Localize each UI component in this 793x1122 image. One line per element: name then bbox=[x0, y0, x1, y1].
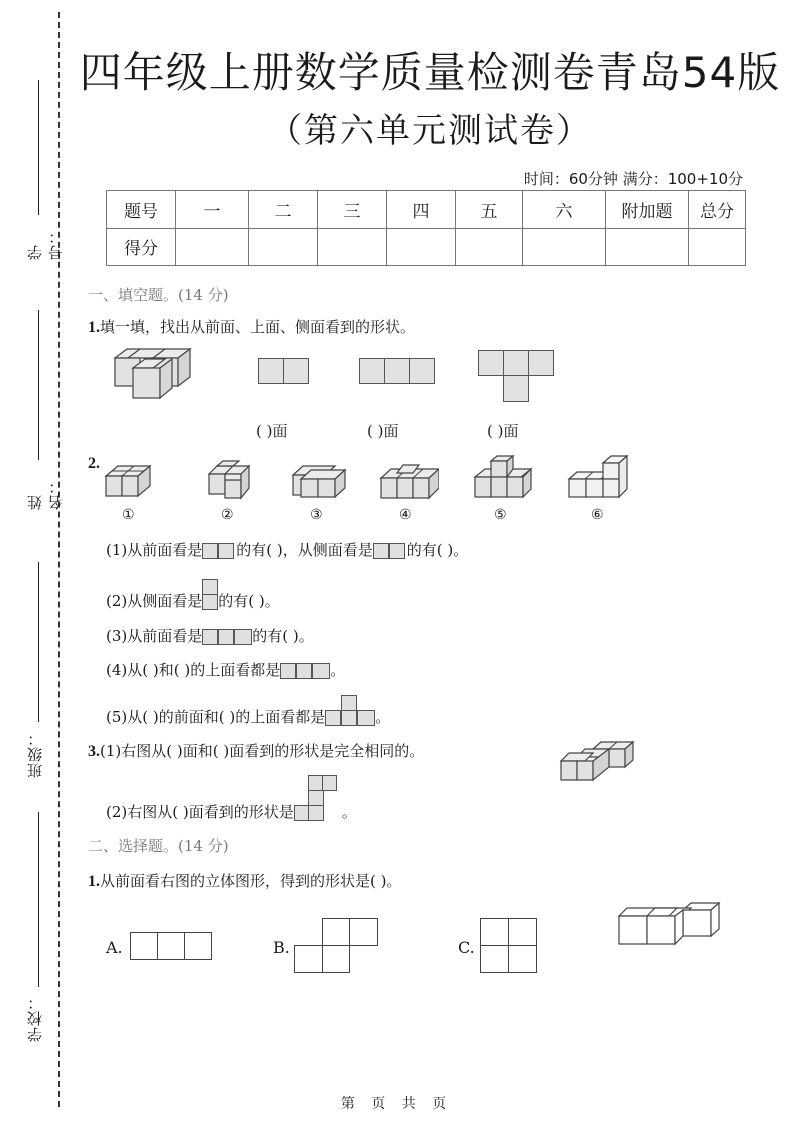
q1-blank-3[interactable]: ( )面 bbox=[487, 420, 518, 441]
q1-cube-figure bbox=[113, 348, 213, 406]
cell-score-label: 得分 bbox=[107, 228, 176, 266]
q2-sub2-blank[interactable]: 的有( )。 bbox=[218, 592, 279, 610]
field-class[interactable]: 班级： bbox=[18, 562, 48, 782]
score-cell[interactable] bbox=[523, 228, 606, 266]
q2-figure-2 bbox=[207, 460, 257, 500]
score-cell[interactable] bbox=[689, 228, 746, 266]
option-b-label[interactable]: B. bbox=[273, 938, 290, 957]
score-cell[interactable] bbox=[606, 228, 689, 266]
score-cell[interactable] bbox=[318, 228, 387, 266]
q2-figure-3-label: ③ bbox=[310, 507, 323, 523]
q2-figure-1-label: ① bbox=[122, 507, 135, 523]
q3-sub2-text[interactable]: (2)右图从( )面看到的形状是 bbox=[106, 803, 294, 821]
q-number: 1. bbox=[88, 319, 100, 336]
q2-figure-5-label: ⑤ bbox=[494, 507, 507, 523]
time-info: 时间：60分钟 满分：100+10分 bbox=[524, 168, 743, 189]
s1-q3-sub2: (2)右图从( )面看到的形状是。 bbox=[106, 801, 357, 822]
q3-sub2-end: 。 bbox=[342, 803, 357, 821]
q1-blank-2[interactable]: ( )面 bbox=[367, 420, 398, 441]
score-cell[interactable] bbox=[249, 228, 318, 266]
q2-sub5-blanks[interactable]: (5)从( )的前面和( )的上面看都是 bbox=[106, 708, 325, 726]
q2-sub1-text-a: (1)从前面看是 bbox=[106, 541, 202, 559]
school-line[interactable] bbox=[38, 812, 39, 987]
s1-q3-sub1: 3.(1)右图从( )面和( )面看到的形状是完全相同的。 bbox=[88, 740, 424, 761]
q-number: 3. bbox=[88, 743, 100, 760]
name-line[interactable] bbox=[38, 310, 39, 460]
q1-blank-1[interactable]: ( )面 bbox=[256, 420, 287, 441]
s1-q2-number: 2. bbox=[88, 454, 100, 473]
name-label: 姓名： bbox=[24, 468, 66, 510]
section1-heading: 一、填空题。(14 分) bbox=[88, 284, 229, 305]
school-label: 学校： bbox=[24, 994, 45, 1042]
l-shape-icon bbox=[294, 805, 328, 821]
score-table-header-row: 题号 一 二 三 四 五 六 附加题 总分 bbox=[107, 191, 746, 229]
s2-q1-text[interactable]: 从前面看右图的立体图形，得到的形状是( )。 bbox=[100, 872, 401, 890]
two-squares-icon bbox=[373, 543, 407, 559]
q2-sub1-blank-1[interactable]: 的有( )，从侧面看是 bbox=[236, 541, 372, 559]
class-label: 班级： bbox=[24, 730, 45, 778]
q2-figure-2-label: ② bbox=[221, 507, 234, 523]
score-table-score-row: 得分 bbox=[107, 228, 746, 266]
q2-sub3-text: (3)从前面看是 bbox=[106, 627, 202, 645]
binding-dashed-line bbox=[58, 12, 60, 1107]
q2-sub4-end: 。 bbox=[330, 661, 345, 679]
q2-sub2: (2)从侧面看是的有( )。 bbox=[106, 590, 280, 611]
s1-q1-prompt: 1.填一填，找出从前面、上面、侧面看到的形状。 bbox=[88, 316, 415, 337]
score-table: 题号 一 二 三 四 五 六 附加题 总分 得分 bbox=[106, 190, 746, 266]
score-cell[interactable] bbox=[456, 228, 523, 266]
option-a-label[interactable]: A. bbox=[106, 938, 123, 957]
class-line[interactable] bbox=[38, 562, 39, 722]
cell-header: 总分 bbox=[689, 191, 746, 229]
vertical-two-squares-icon bbox=[202, 594, 218, 610]
q2-sub3-blank[interactable]: 的有( )。 bbox=[252, 627, 313, 645]
q2-figure-4-label: ④ bbox=[399, 507, 412, 523]
q-number: 1. bbox=[88, 873, 100, 890]
section2-heading: 二、选择题。(14 分) bbox=[88, 835, 229, 856]
q2-sub1: (1)从前面看是的有( )，从侧面看是的有( )。 bbox=[106, 539, 468, 560]
two-squares-icon bbox=[202, 543, 236, 559]
cell-header: 二 bbox=[249, 191, 318, 229]
q2-figure-6-label: ⑥ bbox=[591, 507, 604, 523]
q2-figure-3 bbox=[291, 463, 347, 499]
q2-figure-1 bbox=[104, 464, 154, 500]
q-text: 填一填，找出从前面、上面、侧面看到的形状。 bbox=[100, 318, 415, 336]
cell-header: 四 bbox=[387, 191, 456, 229]
q2-sub4-blanks[interactable]: (4)从( )和( )的上面看都是 bbox=[106, 661, 280, 679]
s2-q1-cube-figure bbox=[617, 902, 721, 948]
q2-sub5-end: 。 bbox=[375, 708, 390, 726]
option-c-label[interactable]: C. bbox=[458, 938, 475, 957]
q2-figure-6 bbox=[567, 455, 631, 501]
cell-header: 三 bbox=[318, 191, 387, 229]
page-subtitle: （第六单元测试卷） bbox=[0, 103, 793, 152]
cell-header: 附加题 bbox=[606, 191, 689, 229]
page-title: 四年级上册数学质量检测卷青岛54版 bbox=[0, 40, 793, 100]
three-squares-icon bbox=[202, 629, 252, 645]
q2-sub2-text: (2)从侧面看是 bbox=[106, 592, 202, 610]
score-cell[interactable] bbox=[387, 228, 456, 266]
field-name[interactable]: 姓名： bbox=[18, 310, 48, 510]
q3-cube-figure bbox=[559, 741, 635, 783]
q2-figure-5 bbox=[473, 455, 533, 501]
q2-sub4: (4)从( )和( )的上面看都是。 bbox=[106, 659, 345, 680]
q2-sub3: (3)从前面看是的有( )。 bbox=[106, 625, 314, 646]
page-footer: 第 页 共 页 bbox=[0, 1093, 793, 1113]
cell-header: 五 bbox=[456, 191, 523, 229]
score-cell[interactable] bbox=[176, 228, 249, 266]
q2-sub5: (5)从( )的前面和( )的上面看都是。 bbox=[106, 706, 390, 727]
q-number: 2. bbox=[88, 455, 100, 472]
q3-sub1-text[interactable]: (1)右图从( )面和( )面看到的形状是完全相同的。 bbox=[100, 742, 424, 760]
q2-figure-4 bbox=[379, 464, 439, 500]
s2-q1-prompt: 1.从前面看右图的立体图形，得到的形状是( )。 bbox=[88, 870, 401, 891]
inverted-t-shape-icon bbox=[325, 710, 375, 726]
student-id-label: 学号： bbox=[24, 220, 66, 260]
cell-header: 六 bbox=[523, 191, 606, 229]
three-squares-icon bbox=[280, 663, 330, 679]
q2-sub1-blank-2[interactable]: 的有( )。 bbox=[407, 541, 468, 559]
cell-header: 一 bbox=[176, 191, 249, 229]
cell-header: 题号 bbox=[107, 191, 176, 229]
field-school[interactable]: 学校： bbox=[18, 812, 48, 1042]
